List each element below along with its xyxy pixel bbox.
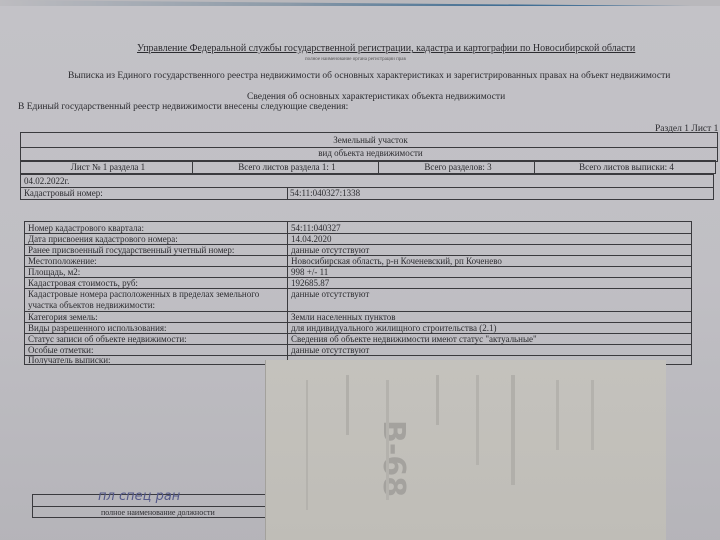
overlapping-paper-slip: В-68 — [265, 360, 666, 540]
total-sections: Всего разделов: 3 — [379, 162, 535, 174]
total-sheets-extract: Всего листов выписки: 4 — [535, 162, 715, 173]
table-row-label: Получатель выписки: — [25, 355, 111, 366]
extract-date: 04.02.2022г. — [21, 176, 69, 187]
extract-title: Выписка из Единого государственного реес… — [68, 71, 670, 81]
object-type: Земельный участок — [21, 135, 717, 146]
object-type-box: Земельный участок вид объекта недвижимос… — [20, 132, 718, 162]
sheet-info-row: Лист № 1 раздела 1 Всего листов раздела … — [20, 160, 716, 174]
table-row-value: данные отсутствуют — [288, 289, 369, 300]
object-type-caption: вид объекта недвижимости — [21, 148, 717, 159]
authority-caption: полное наименование органа регистрации п… — [305, 57, 406, 62]
position-box: пл спец ран полное наименование должност… — [32, 494, 272, 518]
authority-name: Управление Федеральной службы государств… — [137, 43, 635, 54]
table-row-label-cont: участка объектов недвижимости: — [25, 300, 155, 311]
section-title: Сведения об основных характеристиках объ… — [247, 92, 505, 102]
handwritten-signature: пл спец ран — [98, 489, 180, 504]
properties-table: Номер кадастрового квартала: 54:11:04032… — [24, 221, 692, 365]
date-cadastral-box: 04.02.2022г. Кадастровый номер: 54:11:04… — [20, 174, 714, 200]
cadastral-label: Кадастровый номер: — [21, 188, 103, 199]
sheet-number: Лист № 1 раздела 1 — [21, 162, 193, 174]
position-caption: полное наименование должности — [101, 508, 215, 517]
intro-text: В Единый государственный реестр недвижим… — [18, 102, 348, 112]
total-sheets-section: Всего листов раздела 1: 1 — [193, 162, 379, 174]
table-row-label: Кадастровые номера расположенных в преде… — [25, 289, 259, 300]
stamp-mark: В-68 — [376, 420, 411, 497]
cadastral-value: 54:11:040327:1338 — [287, 188, 360, 199]
